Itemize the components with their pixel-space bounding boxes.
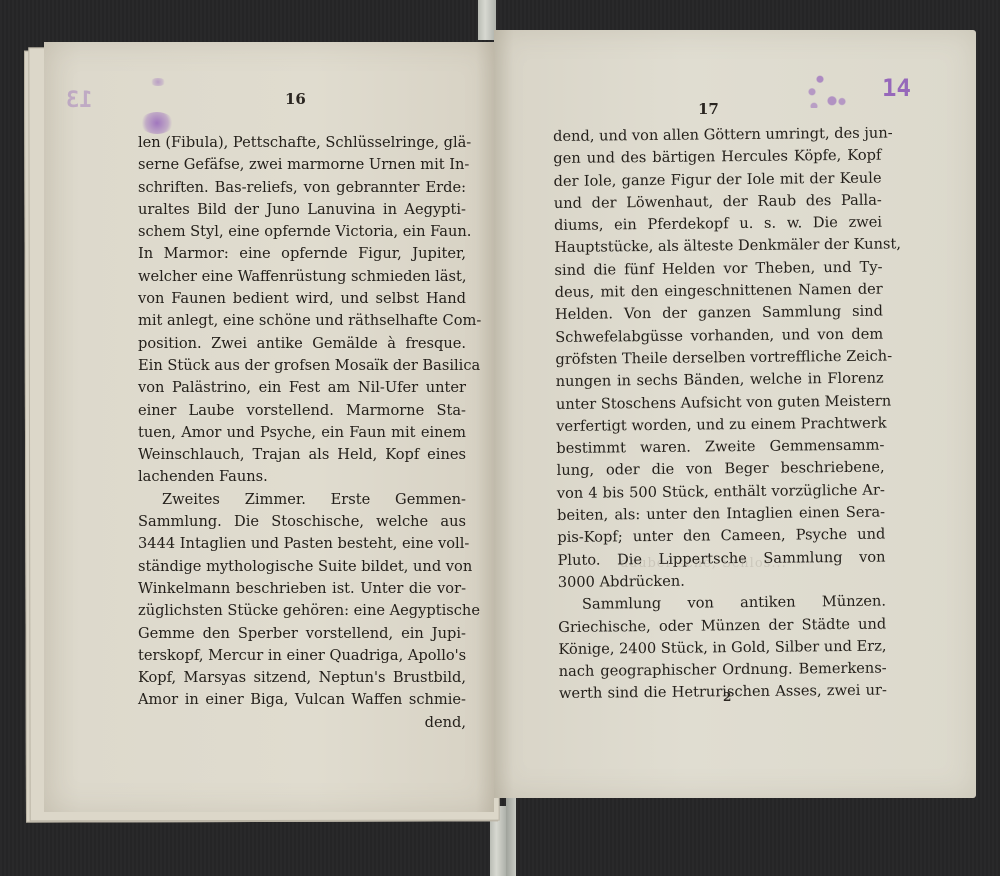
section-heading-line: Sammlung von antiken Münzen. — [558, 591, 886, 617]
text-line: Ein Stück aus der grofsen Mosaïk der Bas… — [138, 355, 466, 377]
text-line: der Iole, ganze Figur der Iole mit der K… — [553, 167, 881, 193]
text-line: einer Laube vorstellend. Marmorne Sta- — [138, 400, 466, 422]
text-line: pis-Kopf; unter den Cameen, Psyche und — [557, 524, 885, 550]
page-number: 17 — [698, 100, 719, 118]
section-heading-line: Zweites Zimmer. Erste Gemmen- — [138, 489, 466, 511]
text-line: Gemme den Sperber vorstellend, ein Jupi- — [138, 623, 466, 645]
text-line: nungen in sechs Bänden, welche in Floren… — [556, 368, 884, 394]
text-line: position. Zwei antike Gemälde à fresque. — [138, 333, 466, 355]
stamp-show-through: 13 — [66, 88, 93, 113]
text-line: Sammlung. Die Stoschische, welche aus — [138, 511, 466, 533]
text-line: von Faunen bedient wird, und selbst Hand — [138, 288, 466, 310]
text-line: 3444 Intaglien und Pasten besteht, eine … — [138, 533, 466, 555]
signature-mark: 2 — [723, 690, 731, 704]
text-line: len (Fibula), Pettschafte, Schlüsselring… — [138, 132, 466, 154]
right-page-body: dend, und von allen Göttern umringt, des… — [553, 123, 887, 706]
ink-stain — [140, 112, 174, 134]
text-line: ständige mythologische Suite bildet, und… — [138, 556, 466, 578]
ink-stain — [150, 78, 166, 86]
text-line: terskopf, Mercur in einer Quadriga, Apol… — [138, 645, 466, 667]
text-line: Weinschlauch, Trajan als Held, Kopf eine… — [138, 444, 466, 466]
text-line: Kopf, Marsyas sitzend, Neptun's Brustbil… — [138, 667, 466, 689]
catchword: dend, — [138, 712, 466, 734]
text-line: gen und des bärtigen Hercules Köpfe, Kop… — [553, 145, 881, 171]
text-line: Hauptstücke, als älteste Denkmäler der K… — [554, 234, 882, 260]
text-line: Helden. Von der ganzen Sammlung sind — [555, 301, 883, 327]
folio-stamp: 14 — [882, 74, 911, 102]
page-number: 16 — [285, 90, 306, 108]
text-line: von Palästrino, ein Fest am Nil-Ufer unt… — [138, 377, 466, 399]
text-line: In Marmor: eine opfernde Figur, Jupiter, — [138, 243, 466, 265]
text-line: Griechische, oder Münzen der Städte und — [558, 613, 886, 639]
text-line: lung, oder die von Beger beschriebene, — [557, 457, 885, 483]
spine-bottom-strip-inner — [506, 796, 516, 876]
text-line: mit anlegt, eine schöne und räthselhafte… — [138, 310, 466, 332]
left-page-body: len (Fibula), Pettschafte, Schlüsselring… — [138, 132, 466, 734]
text-line: lachenden Fauns. — [138, 466, 466, 488]
text-line: unter Stoschens Aufsicht von guten Meist… — [556, 390, 884, 416]
stamp-smudge — [808, 72, 848, 108]
text-line: Winkelmann beschrieben ist. Unter die vo… — [138, 578, 466, 600]
text-line: tuen, Amor und Psyche, ein Faun mit eine… — [138, 422, 466, 444]
text-line: Pluto. Die Lippertsche Sammlung von — [557, 546, 885, 572]
text-line: serne Gefäfse, zwei marmorne Urnen mit I… — [138, 154, 466, 176]
text-line: züglichsten Stücke gehören: eine Aegypti… — [138, 600, 466, 622]
text-line: schriften. Bas-reliefs, von gebrannter E… — [138, 177, 466, 199]
text-line: Amor in einer Biga, Vulcan Waffen schmie… — [138, 689, 466, 711]
text-line: uraltes Bild der Juno Lanuvina in Aegypt… — [138, 199, 466, 221]
text-line: schem Styl, eine opfernde Victoria, ein … — [138, 221, 466, 243]
text-line: welcher eine Waffenrüstung schmieden läs… — [138, 266, 466, 288]
